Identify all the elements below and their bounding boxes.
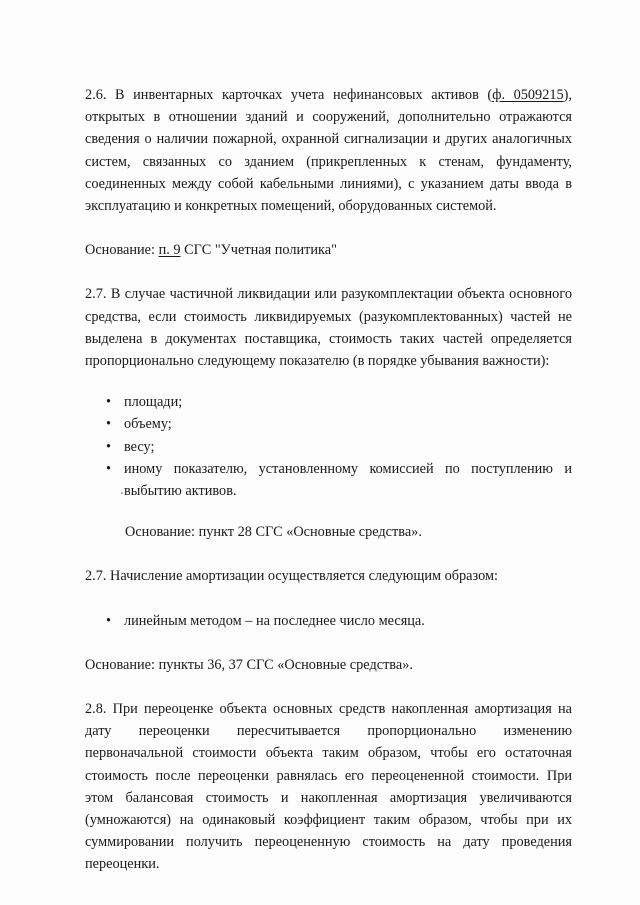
bullet-icon: • xyxy=(106,610,111,632)
form-link[interactable]: ф. 0509215 xyxy=(492,87,563,103)
basis-fixed-assets-36-37: Основание: пункты 36, 37 СГС «Основные с… xyxy=(85,654,572,676)
list-item: •весу; xyxy=(85,436,572,458)
section-2-7-liquidation: 2.7. В случае частичной ликвидации или р… xyxy=(85,283,572,372)
section-2-8: 2.8. При переоценке объекта основных сре… xyxy=(85,698,572,876)
list-item: •иному показателю, установленному комисс… xyxy=(85,458,572,502)
clause-link[interactable]: п. 9 xyxy=(159,242,181,258)
basis-fixed-assets-28: Основание: пункт 28 СГС «Основные средст… xyxy=(85,521,572,543)
bullet-icon: • xyxy=(106,436,111,458)
indicator-list: •площади; •объему; •весу; •иному показат… xyxy=(85,391,572,502)
scan-speck xyxy=(121,492,123,494)
method-list: •линейным методом – на последнее число м… xyxy=(85,610,572,632)
bullet-icon: • xyxy=(106,391,111,413)
list-item: •площади; xyxy=(85,391,572,413)
section-2-7-depreciation: 2.7. Начисление амортизации осуществляет… xyxy=(85,565,572,587)
bullet-icon: • xyxy=(106,413,111,435)
document-page: 2.6. В инвентарных карточках учета нефин… xyxy=(85,84,572,876)
section-2-6: 2.6. В инвентарных карточках учета нефин… xyxy=(85,84,572,217)
list-item: •объему; xyxy=(85,413,572,435)
basis-accounting-policy: Основание: п. 9 СГС "Учетная политика" xyxy=(85,239,572,261)
list-item: •линейным методом – на последнее число м… xyxy=(85,610,572,632)
bullet-icon: • xyxy=(106,458,111,480)
